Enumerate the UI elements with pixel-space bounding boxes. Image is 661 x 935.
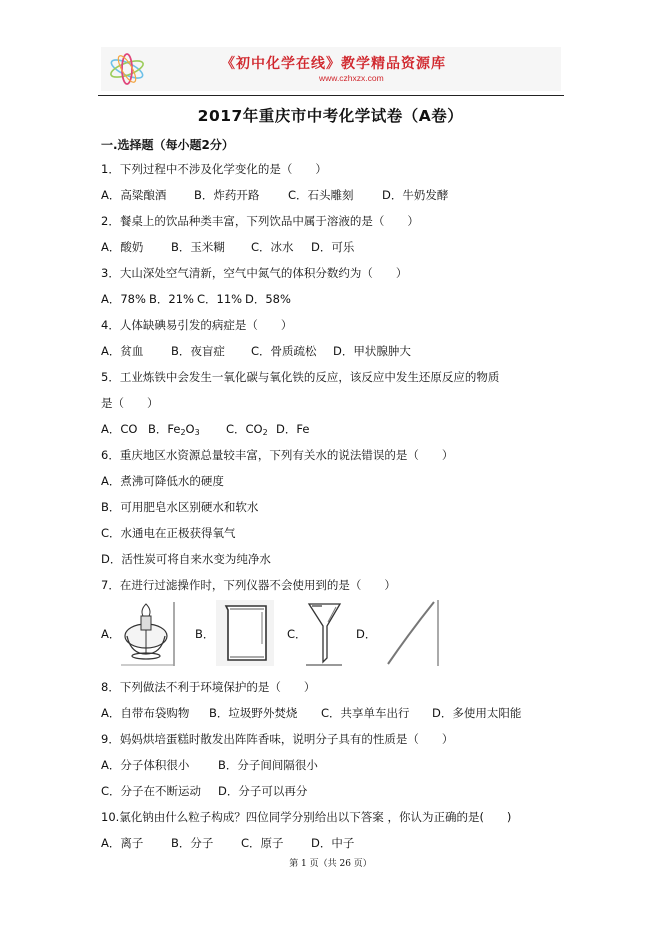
question-5-continued: 是（ ） [101, 396, 159, 410]
option-b-text: B．Fe [148, 422, 180, 436]
option-b: B．夜盲症 [171, 344, 225, 358]
option-c: C．分子在不断运动 [101, 784, 201, 798]
glass-rod-icon [384, 600, 439, 666]
option-d: D．中子 [311, 836, 354, 850]
option-b: B．Fe2O3 [148, 422, 200, 440]
question-5: 5．工业炼铁中会发生一氧化碳与氧化铁的反应，该反应中发生还原反应的物质 [101, 370, 499, 384]
option-d: D．58% [245, 292, 291, 306]
option-c: C．石头雕刻 [288, 188, 354, 202]
option-c: C．共享单车出行 [321, 706, 410, 720]
option-a: A．煮沸可降低水的硬度 [101, 474, 224, 488]
question-7-options: A． B． C． D． [101, 600, 451, 666]
option-a: A．贫血 [101, 344, 143, 358]
option-b: B．炸药开路 [194, 188, 259, 202]
option-c: C．骨质疏松 [251, 344, 317, 358]
option-d: D．可乐 [311, 240, 354, 254]
question-1: 1．下列过程中不涉及化学变化的是（ ） [101, 162, 327, 176]
option-c: C．冰水 [251, 240, 294, 254]
option-a: A．离子 [101, 836, 143, 850]
option-c: C．原子 [241, 836, 284, 850]
option-d-label: D． [356, 626, 376, 642]
option-a: A．高粱酿酒 [101, 188, 166, 202]
subscript: 2 [263, 428, 268, 437]
option-b: B．可用肥皂水区别硬水和软水 [101, 500, 258, 514]
option-a: A．78% [101, 292, 146, 306]
option-a: A．分子体积很小 [101, 758, 189, 772]
option-a-label: A． [101, 626, 120, 642]
section-heading: 一.选择题（每小题2分） [101, 136, 234, 153]
question-10: 10.氯化钠由什么粒子构成？四位同学分别给出以下答案 ，你认为正确的是( ) [101, 810, 511, 824]
option-d: D．多使用太阳能 [432, 706, 521, 720]
option-d: D．活性炭可将自来水变为纯净水 [101, 552, 271, 566]
option-b: B．垃圾野外焚烧 [209, 706, 297, 720]
alcohol-lamp-icon [121, 600, 176, 666]
banner-title: 《初中化学在线》教学精品资源库 [221, 53, 446, 73]
page-title: 2017年重庆市中考化学试卷（A卷） [0, 104, 661, 126]
question-8: 8．下列做法不利于环境保护的是（ ） [101, 680, 315, 694]
question-9: 9．妈妈烘培蛋糕时散发出阵阵香味，说明分子具有的性质是（ ） [101, 732, 453, 746]
option-b: B．21% [149, 292, 194, 306]
question-7: 7．在进行过滤操作时，下列仪器不会使用到的是（ ） [101, 578, 396, 592]
option-b: B．分子间间隔很小 [218, 758, 318, 772]
option-a: A．CO [101, 422, 137, 436]
option-d: D．分子可以再分 [218, 784, 307, 798]
option-c: C．11% [197, 292, 242, 306]
header-banner: 《初中化学在线》教学精品资源库 www.czhxzx.com [101, 47, 561, 91]
option-c: C．CO2 [226, 422, 268, 440]
page-number: 第 1 页（共 26 页） [0, 856, 661, 869]
option-a: A．酸奶 [101, 240, 143, 254]
option-b: B．玉米糊 [171, 240, 225, 254]
option-c: C．水通电在正极获得氧气 [101, 526, 236, 540]
atom-logo-icon [105, 51, 149, 87]
option-a: A．自带布袋购物 [101, 706, 189, 720]
option-c-text: C．CO [226, 422, 263, 436]
option-d: D．甲状腺肿大 [333, 344, 411, 358]
option-d: D．Fe [276, 422, 309, 436]
option-b: B．分子 [171, 836, 213, 850]
question-6: 6．重庆地区水资源总量较丰富，下列有关水的说法错误的是（ ） [101, 448, 453, 462]
subscript: 3 [195, 428, 200, 437]
question-4: 4．人体缺碘易引发的病症是（ ） [101, 318, 292, 332]
header-divider [98, 95, 564, 96]
option-b-label: B． [195, 626, 214, 642]
banner-url: www.czhxzx.com [319, 73, 384, 83]
option-d: D．牛奶发酵 [382, 188, 448, 202]
formula-part: O [186, 422, 195, 436]
question-2: 2．餐桌上的饮品种类丰富，下列饮品中属于溶液的是（ ） [101, 214, 419, 228]
funnel-icon [306, 600, 344, 666]
question-3: 3．大山深处空气清新，空气中氮气的体积分数约为（ ） [101, 266, 407, 280]
option-c-label: C． [287, 626, 307, 642]
beaker-icon [216, 600, 274, 666]
